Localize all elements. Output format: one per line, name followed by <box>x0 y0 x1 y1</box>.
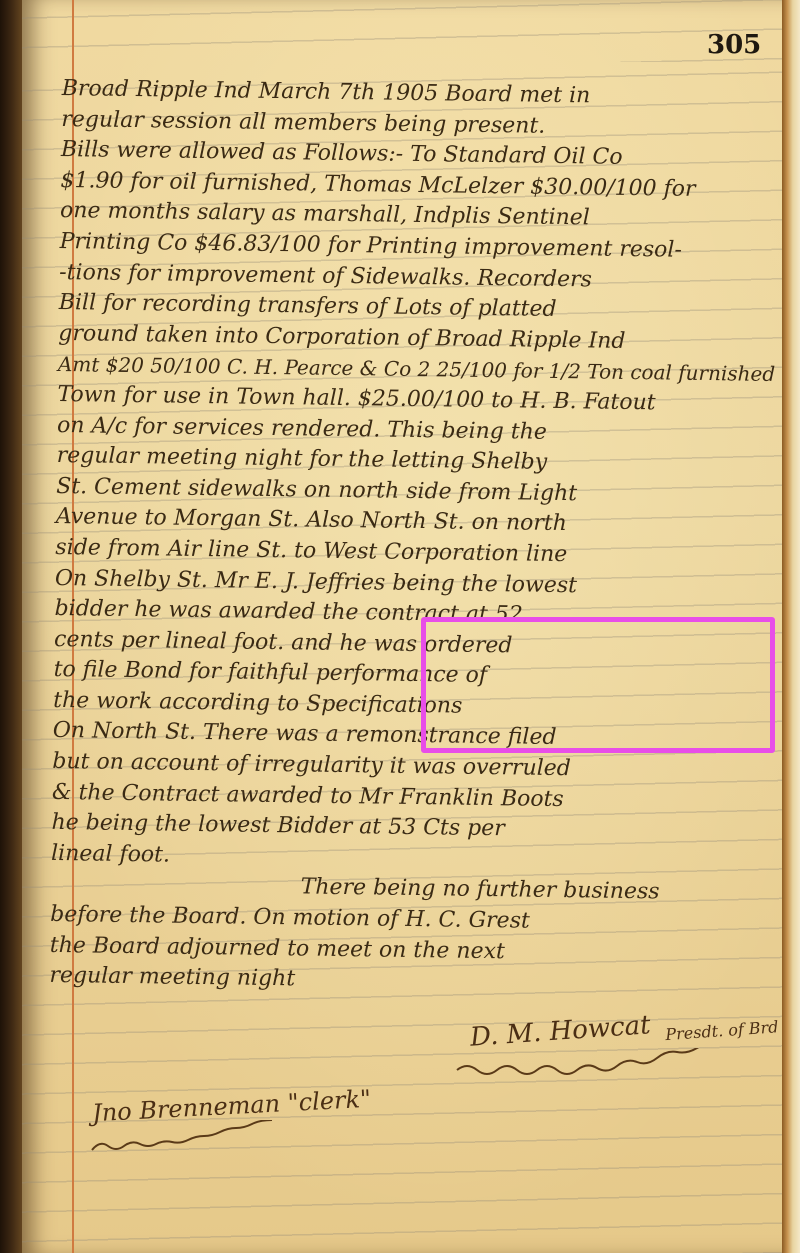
signature-flourish-icon <box>88 1120 288 1154</box>
handwritten-minutes: Broad Ripple Ind March 7th 1905 Board me… <box>49 74 772 1002</box>
page-edge-stack <box>782 0 800 1253</box>
clerk-title: "clerk" <box>287 1085 372 1117</box>
signature-flourish-icon <box>455 1048 755 1076</box>
book-binding <box>0 0 24 1253</box>
page-number: 305 <box>707 30 761 60</box>
